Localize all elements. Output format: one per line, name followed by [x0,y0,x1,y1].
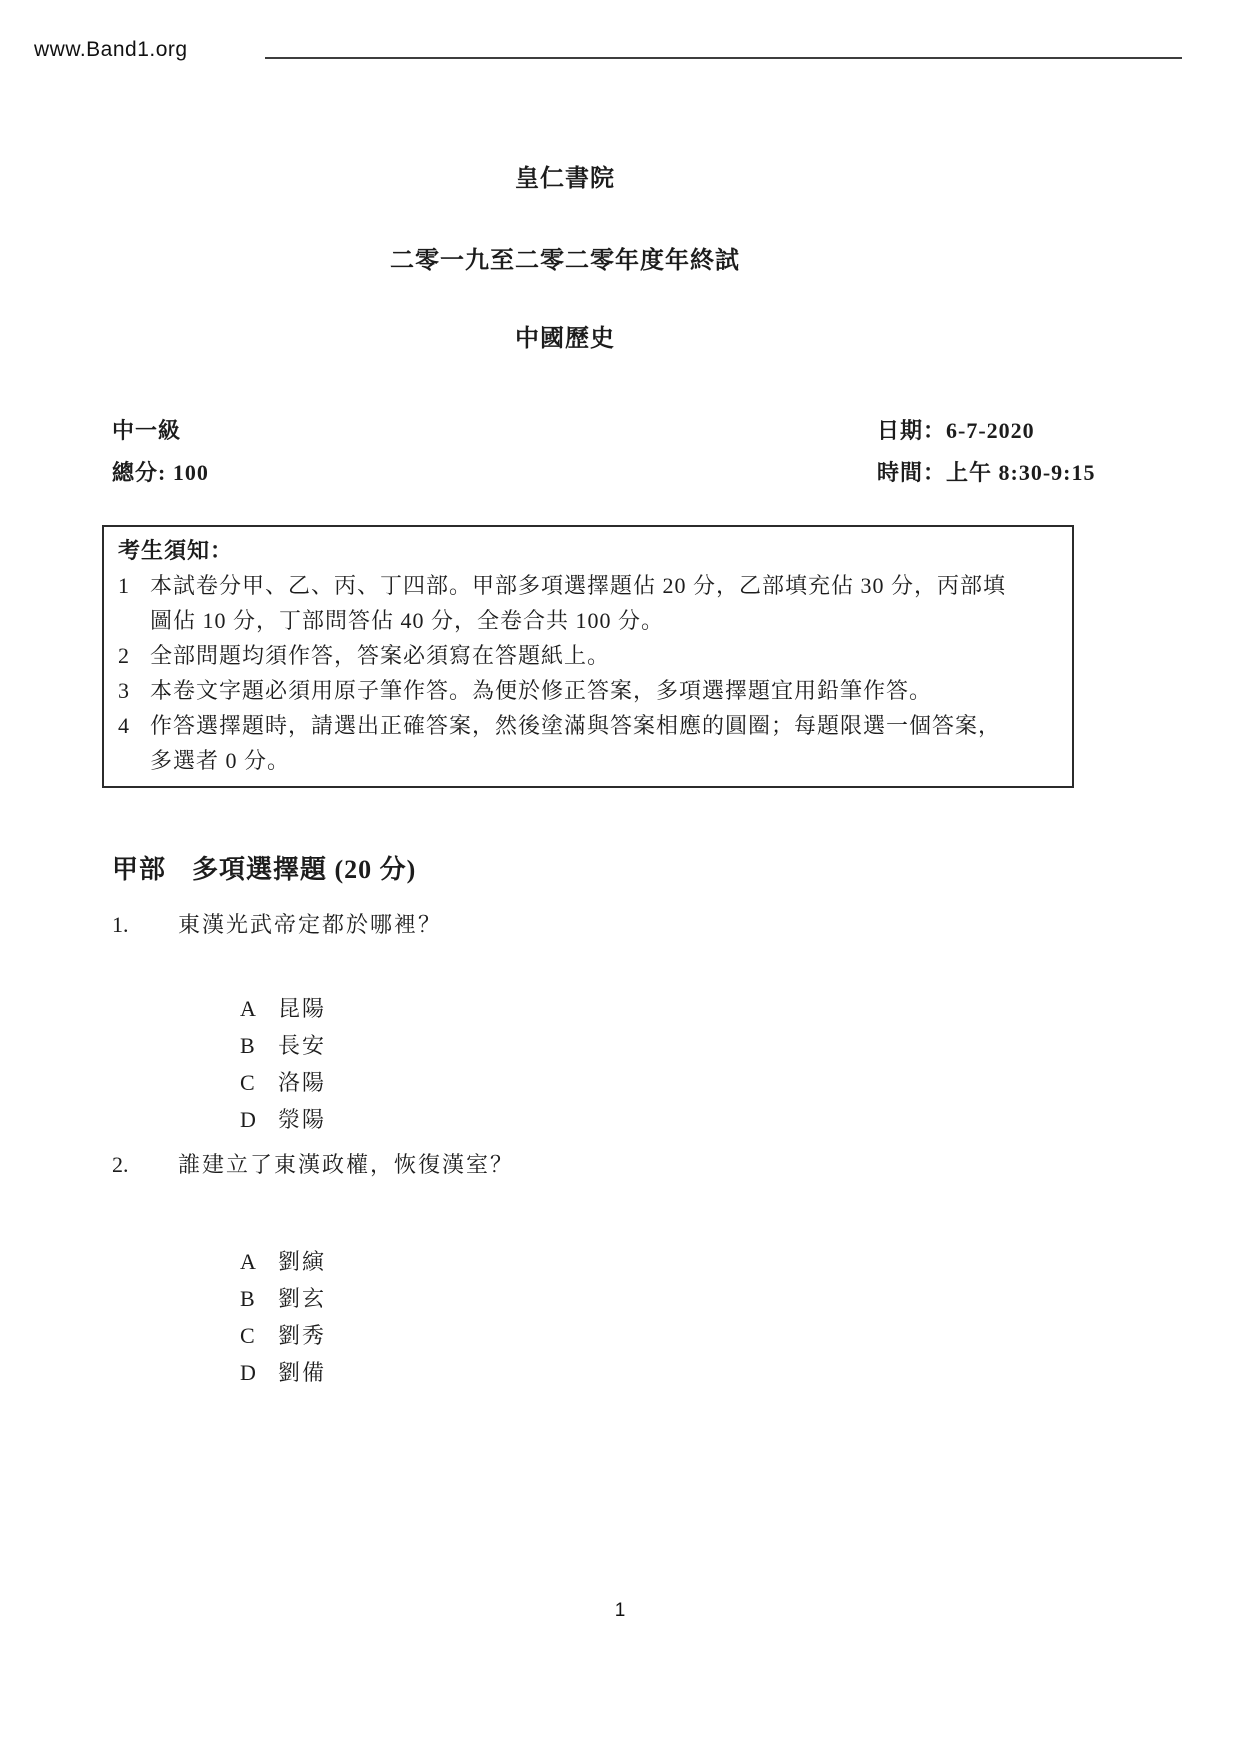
section-part-label: 甲部 [112,855,166,884]
notice-item-4-line-2: 多選者 0 分。 [118,743,1058,778]
question-1-number: 1. [112,910,178,940]
notice-item-3: 3 本卷文字題必須用原子筆作答。為便於修正答案，多項選擇題宜用鉛筆作答。 [118,673,1058,708]
question-2-option-c: C 劉秀 [240,1317,326,1354]
notice-item-3-text: 本卷文字題必須用原子筆作答。為便於修正答案，多項選擇題宜用鉛筆作答。 [150,673,1058,708]
page-number: 1 [0,1600,1240,1622]
notice-item-2: 2 全部問題均須作答，答案必須寫在答題紙上。 [118,638,1058,673]
section-title-label: 多項選擇題 (20 分) [192,855,416,884]
option-a-label: A [240,990,278,1027]
exam-date: 日期：6-7-2020 [877,410,1095,452]
option-a-label: A [240,1243,278,1280]
option-c-label: C [240,1317,278,1354]
header-rule [265,57,1182,59]
question-1-option-b: B 長安 [240,1027,326,1064]
question-2: 2. 誰建立了東漢政權，恢復漢室？ [112,1150,514,1180]
question-1-text: 東漢光武帝定都於哪裡？ [178,910,442,940]
option-c-text: 劉秀 [278,1317,326,1354]
info-right-block: 日期：6-7-2020 時間：上午 8:30-9:15 [877,410,1095,494]
section-a-heading: 甲部多項選擇題 (20 分) [112,849,416,886]
option-d-text: 劉備 [278,1354,326,1391]
option-b-text: 長安 [278,1027,326,1064]
exam-title: 二零一九至二零二零年度年終試 [0,244,1130,278]
notice-title: 考生須知： [118,533,1058,568]
notice-item-4-line-1: 4 作答選擇題時，請選出正確答案，然後塗滿與答案相應的圓圈；每題限選一個答案， [118,708,1058,743]
question-2-text: 誰建立了東漢政權，恢復漢室？ [178,1150,514,1180]
option-c-text: 洛陽 [278,1064,326,1101]
notice-item-4-number: 4 [118,708,150,743]
question-2-option-d: D 劉備 [240,1354,326,1391]
notice-item-1-line-1: 1 本試卷分甲、乙、丙、丁四部。甲部多項選擇題佔 20 分，乙部填充佔 30 分… [118,568,1058,603]
question-1-options: A 昆陽 B 長安 C 洛陽 D 滎陽 [240,990,326,1138]
notice-item-2-text: 全部問題均須作答，答案必須寫在答題紙上。 [150,638,1058,673]
total-score: 總分: 100 [112,452,209,494]
notice-item-1-number: 1 [118,568,150,603]
notice-item-2-number: 2 [118,638,150,673]
option-d-label: D [240,1354,278,1391]
question-1-option-d: D 滎陽 [240,1101,326,1138]
notice-item-3-number: 3 [118,673,150,708]
option-a-text: 劉縯 [278,1243,326,1280]
question-1-option-a: A 昆陽 [240,990,326,1027]
exam-time: 時間：上午 8:30-9:15 [877,452,1095,494]
candidate-notice-box: 考生須知： 1 本試卷分甲、乙、丙、丁四部。甲部多項選擇題佔 20 分，乙部填充… [102,525,1074,788]
school-name: 皇仁書院 [0,162,1130,196]
exam-paper-page: www.Band1.org 皇仁書院 二零一九至二零二零年度年終試 中國歷史 中… [0,0,1240,1754]
exam-subject: 中國歷史 [0,322,1130,356]
question-1: 1. 東漢光武帝定都於哪裡？ [112,910,442,940]
question-2-options: A 劉縯 B 劉玄 C 劉秀 D 劉備 [240,1243,326,1391]
option-b-label: B [240,1027,278,1064]
notice-item-1-line-2: 圖佔 10 分，丁部問答佔 40 分，全卷合共 100 分。 [118,603,1058,638]
option-b-text: 劉玄 [278,1280,326,1317]
option-d-label: D [240,1101,278,1138]
notice-item-4-text-cont: 多選者 0 分。 [150,743,1058,778]
notice-item-1-text-cont: 圖佔 10 分，丁部問答佔 40 分，全卷合共 100 分。 [150,603,1058,638]
option-b-label: B [240,1280,278,1317]
option-d-text: 滎陽 [278,1101,326,1138]
question-2-number: 2. [112,1150,178,1180]
notice-item-4-text: 作答選擇題時，請選出正確答案，然後塗滿與答案相應的圓圈；每題限選一個答案， [150,708,1058,743]
option-c-label: C [240,1064,278,1101]
notice-item-4-indent [118,743,150,778]
notice-item-1-indent [118,603,150,638]
question-2-option-b: B 劉玄 [240,1280,326,1317]
info-left-block: 中一級 總分: 100 [112,410,209,494]
question-2-option-a: A 劉縯 [240,1243,326,1280]
question-1-option-c: C 洛陽 [240,1064,326,1101]
option-a-text: 昆陽 [278,990,326,1027]
notice-item-1-text: 本試卷分甲、乙、丙、丁四部。甲部多項選擇題佔 20 分，乙部填充佔 30 分，丙… [150,568,1058,603]
watermark-text: www.Band1.org [34,38,188,62]
class-level: 中一級 [112,410,209,452]
